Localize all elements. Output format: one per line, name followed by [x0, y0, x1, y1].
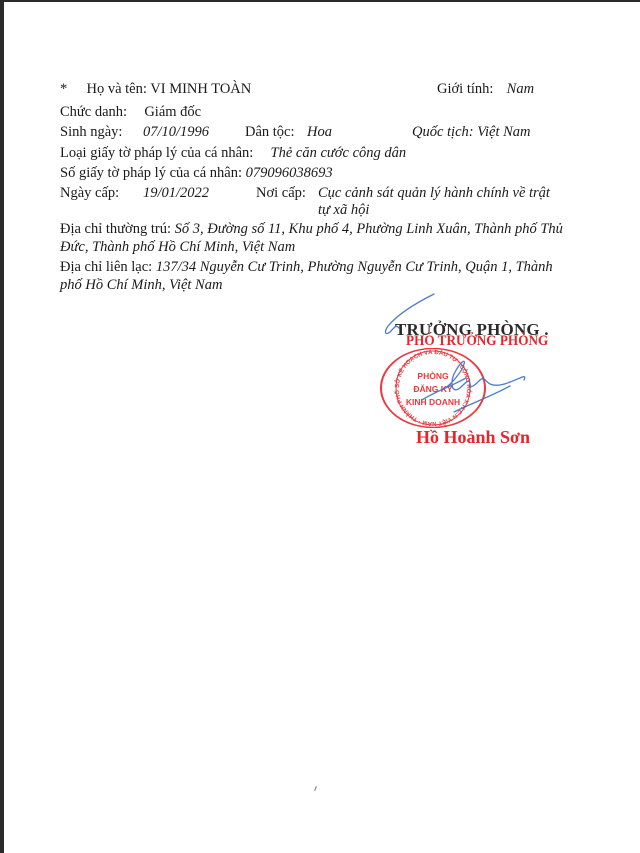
stamp-line3: KINH DOANH: [406, 397, 460, 407]
id-number-row: Số giấy tờ pháp lý của cá nhân: 07909603…: [60, 164, 333, 182]
name-label: Họ và tên:: [87, 81, 147, 97]
document-page: * Họ và tên: VI MINH TOÀN Giới tính: Nam…: [4, 2, 640, 853]
issue-place-line2: tự xã hội: [318, 201, 369, 219]
permanent-address-line2: Đức, Thành phố Hồ Chí Minh, Việt Nam: [60, 238, 295, 256]
gender-value: Nam: [507, 81, 534, 97]
stamp-line2: ĐĂNG KÝ: [413, 383, 453, 394]
dob-label: Sinh ngày:: [60, 123, 122, 141]
contact-address-label: Địa chỉ liên lạc:: [60, 259, 152, 275]
issue-place-label: Nơi cấp:: [256, 184, 306, 202]
official-stamp: SỞ KẾ HOẠCH VÀ ĐẦU TƯ · CỘNG HÒA X.H.C.N…: [378, 348, 488, 428]
position-value: Giám đốc: [144, 104, 201, 120]
issue-place-line1: Cục cảnh sát quản lý hành chính về trật: [318, 184, 550, 202]
nationality-field: Quốc tịch: Việt Nam: [412, 123, 531, 141]
contact-address-row: Địa chỉ liên lạc: 137/34 Nguyễn Cư Trinh…: [60, 258, 553, 276]
permanent-address-row: Địa chỉ thường trú: Số 3, Đường số 11, K…: [60, 220, 563, 238]
id-type-row: Loại giấy tờ pháp lý của cá nhân: Thẻ că…: [60, 144, 406, 162]
name-row: * Họ và tên: VI MINH TOÀN: [60, 80, 251, 98]
signer-name: Hồ Hoành Sơn: [416, 427, 530, 448]
ethnicity-value: Hoa: [307, 123, 332, 141]
gender-label: Giới tính:: [437, 81, 493, 97]
name-value: VI MINH TOÀN: [150, 81, 251, 97]
contact-address-line2: phố Hồ Chí Minh, Việt Nam: [60, 276, 222, 294]
scan-speck: [314, 786, 317, 791]
id-number-label: Số giấy tờ pháp lý của cá nhân:: [60, 165, 242, 181]
issue-date-label: Ngày cấp:: [60, 184, 119, 202]
issue-date-value: 19/01/2022: [143, 184, 209, 202]
ethnicity-label: Dân tộc:: [245, 123, 295, 141]
id-number-value: 079096038693: [246, 165, 333, 181]
permanent-address-label: Địa chỉ thường trú:: [60, 221, 171, 237]
position-row: Chức danh: Giám đốc: [60, 103, 201, 121]
position-label: Chức danh:: [60, 104, 127, 120]
bullet: *: [60, 81, 67, 97]
dob-value: 07/10/1996: [143, 123, 209, 141]
permanent-address-line1: Số 3, Đường số 11, Khu phố 4, Phường Lin…: [175, 221, 563, 237]
stamp-line1: PHÒNG: [417, 370, 449, 381]
contact-address-line1: 137/34 Nguyễn Cư Trinh, Phường Nguyễn Cư…: [156, 259, 553, 275]
id-type-value: Thẻ căn cước công dân: [271, 145, 407, 161]
nationality-value: Việt Nam: [477, 124, 530, 140]
nationality-label: Quốc tịch:: [412, 124, 474, 140]
gender-field: Giới tính: Nam: [437, 80, 534, 98]
id-type-label: Loại giấy tờ pháp lý của cá nhân:: [60, 145, 253, 161]
